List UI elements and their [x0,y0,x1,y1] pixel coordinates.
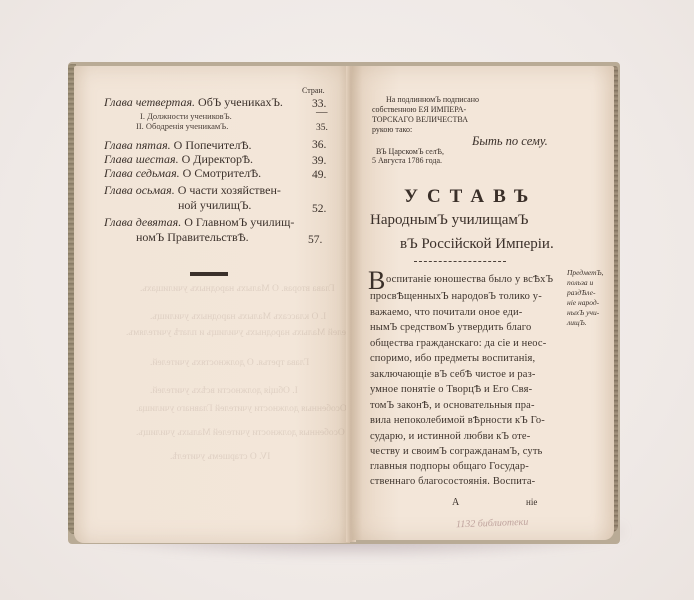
body-text-line: сударю, и истинной любви кЪ оте- [370,431,530,442]
toc-page-number: 39. [312,155,326,167]
bleed-line: Глава третья. О должностяхъ учителей. [150,358,309,368]
toc-entry-chapter-7: Глава седьмая. О СмотрителѢ. [104,166,261,181]
toc-title: О ГлавномЪ училищ- [184,215,294,229]
approval-line: На подлинномЪ подписано [386,95,479,104]
body-text-line: умное понятіе о ТворцѢ и Его Свя- [370,384,532,395]
toc-page-number: 52. [312,203,326,215]
toc-entry-chapter-5: Глава пятая. О ПопечителѢ. [104,138,252,153]
approval-line: ТОРСКАГО ВЕЛИЧЕСТВА [372,115,468,124]
toc-chapter: Глава четвертая. [104,95,195,109]
approval-date: 5 Августа 1786 года. [372,156,442,165]
body-text-line: оспитаніе юношества было у всѢхЪ [386,274,553,285]
decorative-ornament [414,261,506,263]
document-subtitle: НароднымЪ училищамЪ [370,212,529,229]
toc-chapter: Глава девятая. [104,215,181,229]
body-text-line: общества гражданскаго: да сіе и неос- [370,338,546,349]
body-text-line: важаемо, что почитали оное еди- [370,307,522,318]
toc-title: О части хозяйствен- [178,183,281,197]
toc-title: О ДиректорѢ. [182,152,253,166]
body-text-line: главныя подпоры общаго Государ- [370,461,529,472]
imperial-resolution: Быть по сему. [472,134,548,149]
toc-page-number: — [316,106,328,118]
toc-chapter: Глава пятая. [104,138,171,152]
bleed-line: IV. О старшемъ учителѣ. [170,452,270,462]
body-text-line: ственнаго благосостоянія. Воспита- [370,476,535,487]
toc-page-number: 57. [308,234,322,246]
bleed-line: Глава вторая. О Малыхъ народныхъ училища… [140,284,335,294]
margin-note-line: польза и [567,278,593,287]
approval-line: рукою тако: [372,125,412,134]
body-text-line: честву и своимЪ согражданамЪ, суть [370,446,543,457]
bleed-line: I. Общія должности всѣхъ учителей. [150,386,298,396]
margin-note-line: ныхЪ учи- [567,308,599,317]
toc-entry-chapter-6: Глава шестая. О ДиректорѢ. [104,152,253,167]
margin-note-line: ніе народ- [567,298,599,307]
bleed-line: III. Особенныя должности учителей Малыхъ… [136,428,359,438]
page-column-label: Стран. [302,86,325,95]
toc-page-number: 49. [312,169,326,181]
toc-title: ОбЪ ученикахЪ. [198,95,283,109]
toc-chapter: Глава осьмая. [104,183,175,197]
decorative-rule [190,272,228,276]
body-text-line: томЪ законѢ, и основательныя пра- [370,400,535,411]
margin-note-line: раздѢле- [567,288,595,297]
margin-note-line: ПредметЪ, [567,268,603,277]
body-text-line: заключающіе вЪ себѢ чистое и раз- [370,369,536,380]
toc-subentry: II. Ободренія ученикамЪ. [136,121,228,131]
toc-title-continuation: номЪ ПравительствѢ. [136,230,249,245]
toc-title-continuation: ной училищЪ. [178,198,251,213]
margin-note-line: лищЪ. [567,318,587,327]
toc-chapter: Глава шестая. [104,152,179,166]
toc-entry-chapter-4: Глава четвертая. ОбЪ ученикахЪ. [104,95,283,110]
toc-entry-chapter-9: Глава девятая. О ГлавномЪ училищ- [104,215,294,230]
toc-title: О СмотрителѢ. [183,166,262,180]
toc-chapter: Глава седьмая. [104,166,180,180]
body-text-line: нымЪ средствомЪ утвердить благо [370,322,531,333]
bleed-line: II. Особенныя должности учителей Главнаг… [136,404,358,414]
approval-line: собственною ЕЯ ИМПЕРА- [372,105,466,114]
approval-place: ВЪ ЦарскомЪ селѢ, [376,147,444,156]
body-text-line: споримо, ибо предметы воспитанія, [370,353,535,364]
body-text-line: вила непоколебимой вѢрности кЪ Го- [370,415,545,426]
toc-page-number: 35. [316,123,328,133]
body-text-line: просвѢщенныхЪ народовЪ толико у- [370,291,542,302]
toc-entry-chapter-8: Глава осьмая. О части хозяйствен- [104,183,281,198]
catchword: ніе [526,497,537,507]
toc-page-number: 36. [312,139,326,151]
toc-title: О ПопечителѢ. [174,138,252,152]
toc-subentry: I. Должности учениковЪ. [140,111,232,121]
signature-mark: А [452,497,459,508]
document-subtitle: вЪ Россійской Имперіи. [400,236,554,253]
document-title: УСТАВЪ [404,186,537,208]
bleed-line: I. О классахъ Малыхъ народныхъ училищъ. [150,312,326,322]
